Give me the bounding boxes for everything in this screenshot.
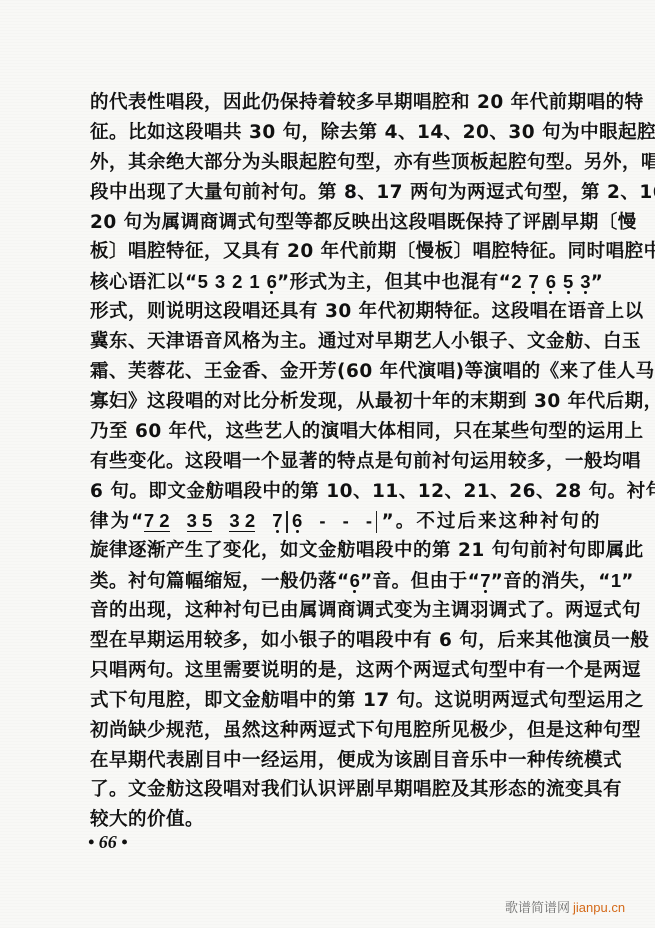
watermark: 歌谱简谱网jianpu.cn [505, 897, 625, 916]
text-line-13: 有些变化。这段唱一个显著的特点是句前衬句运用较多，一般均唱 [90, 447, 600, 477]
text-line-2: 征。比如这段唱共 30 句，除去第 4、14、20、30 句为中眼起腔句型 [90, 118, 600, 148]
text-line-18: 音的出现，这种衬句已由属调商调式变为主调羽调式了。两逗式句 [90, 596, 600, 626]
text-line-4: 段中出现了大量句前衬句。第 8、17 两句为两逗式句型，第 2、16、 [90, 178, 600, 208]
line7-mid: ”形式为主，但其中也混有“ [277, 272, 511, 293]
motif-53216: 5 3 2 1 6 [198, 272, 277, 293]
text-line-8: 形式，则说明这段唱还具有 30 年代初期特征。这段唱在语音上以 [90, 297, 600, 327]
text-line-14: 6 句。即文金舫唱段中的第 10、11、12、21、26、28 句。衬句的基本旋 [90, 477, 600, 507]
text-line-24: 了。文金舫这段唱对我们认识评剧早期唱腔及其形态的流变具有 [90, 775, 600, 805]
text-line-16: 旋律逐渐产生了变化，如文金舫唱段中的第 21 句句前衬句即属此 [90, 536, 600, 566]
page-number: • 66 • [88, 832, 128, 853]
line7-pre: 核心语汇以“ [90, 272, 198, 293]
text-line-21: 式下句甩腔，即文金舫唱中的第 17 句。这说明两逗式句型运用之 [90, 686, 600, 716]
text-line-10: 霜、芙蓉花、王金香、金开芳(60 年代演唱)等演唱的《来了佳人马 [90, 357, 600, 387]
text-line-5: 20 句为属调商调式句型等都反映出这段唱既保持了评剧早期〔慢 [90, 208, 600, 238]
motif-27653: 2 7 6 5 3 [511, 272, 590, 293]
watermark-url: jianpu.cn [573, 900, 625, 915]
low-octave-note: 6 [267, 267, 277, 297]
text-line-1: 的代表性唱段，因此仍保持着较多早期唱腔和 20 年代前期唱的特 [90, 88, 600, 118]
barline [286, 511, 288, 533]
line7-post: ” [591, 272, 604, 293]
text-line-19: 型在早期运用较多，如小银子的唱段中有 6 句，后来其他演员一般 [90, 626, 600, 656]
text-line-15: 律为“7 2 3 5 3 2 76 - - -”。不过后来这种衬句的 [90, 506, 600, 536]
barline [376, 511, 378, 533]
scanned-page: 的代表性唱段，因此仍保持着较多早期唱腔和 20 年代前期唱的特 征。比如这段唱共… [0, 0, 655, 928]
watermark-text: 歌谱简谱网 [505, 901, 570, 916]
text-line-9: 冀东、天津语音风格为主。通过对早期艺人小银子、文金舫、白玉 [90, 327, 600, 357]
text-line-6: 板〕唱腔特征，又具有 20 年代前期〔慢板〕唱腔特征。同时唱腔中的 [90, 237, 600, 267]
body-paragraph: 的代表性唱段，因此仍保持着较多早期唱腔和 20 年代前期唱的特 征。比如这段唱共… [90, 88, 600, 835]
text-line-23: 在早期代表剧目中一经运用，便成为该剧目音乐中一种传统模式 [90, 746, 600, 776]
text-line-3: 外，其余绝大部分为头眼起腔句型，亦有些顶板起腔句型。另外，唱 [90, 148, 600, 178]
text-line-7: 核心语汇以“5 3 2 1 6”形式为主，但其中也混有“2 7 6 5 3” [90, 267, 600, 297]
text-line-25: 较大的价值。 [90, 805, 600, 835]
text-line-11: 寡妇》这段唱的对比分析发现，从最初十年的末期到 30 年代后期， [90, 387, 600, 417]
text-line-20: 只唱两句。这里需要说明的是，这两个两逗式句型中有一个是两逗 [90, 656, 600, 686]
text-line-12: 乃至 60 年代，这些艺人的演唱大体相同，只在某些句型的运用上 [90, 417, 600, 447]
text-line-22: 初尚缺少规范，虽然这种两逗式下句甩腔所见极少，但是这种句型 [90, 716, 600, 746]
text-line-17: 类。衬句篇幅缩短，一般仍落“6”音。但由于“7”音的消失，“1” [90, 566, 600, 596]
jianpu-melody: 7 2 3 5 3 2 76 - - - [144, 511, 382, 532]
